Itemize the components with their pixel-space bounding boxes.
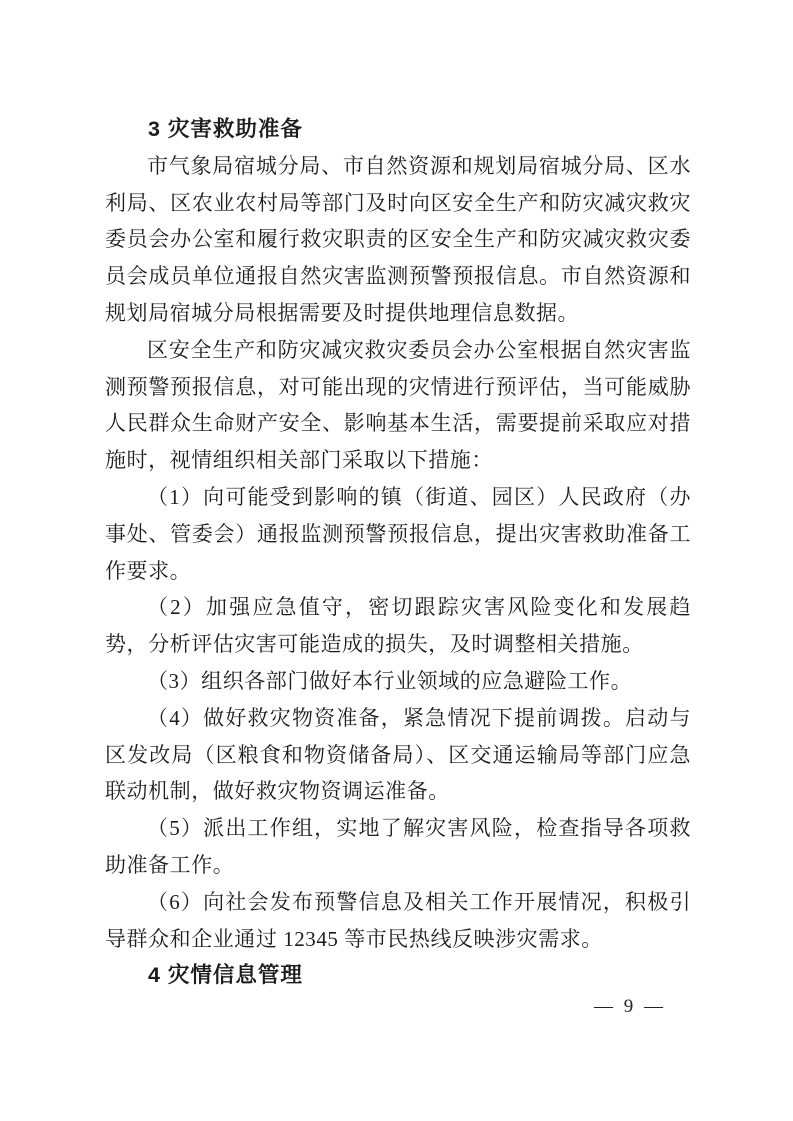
document-page: 3 灾害救助准备 市气象局宿城分局、市自然资源和规划局宿城分局、区水利局、区农业… <box>0 0 793 1121</box>
list-item-4: （4）做好救灾物资准备，紧急情况下提前调拨。启动与区发改局（区粮食和物资储备局）… <box>105 700 691 810</box>
list-item-2: （2）加强应急值守，密切跟踪灾害风险变化和发展趋势，分析评估灾害可能造成的损失，… <box>105 589 691 663</box>
list-item-5: （5）派出工作组，实地了解灾害风险，检查指导各项救助准备工作。 <box>105 810 691 884</box>
section-heading-3: 3 灾害救助准备 <box>105 111 691 148</box>
page-number: — 9 — <box>594 996 666 1018</box>
list-item-6: （6）向社会发布预警信息及相关工作开展情况，积极引导群众和企业通过 12345 … <box>105 884 691 958</box>
paragraph-notification: 市气象局宿城分局、市自然资源和规划局宿城分局、区水利局、区农业农村局等部门及时向… <box>105 148 691 332</box>
paragraph-pre-assessment: 区安全生产和防灾减灾救灾委员会办公室根据自然灾害监测预警预报信息，对可能出现的灾… <box>105 332 691 479</box>
document-body: 3 灾害救助准备 市气象局宿城分局、市自然资源和规划局宿城分局、区水利局、区农业… <box>105 111 691 994</box>
list-item-3: （3）组织各部门做好本行业领域的应急避险工作。 <box>105 663 691 700</box>
section-heading-4: 4 灾情信息管理 <box>105 957 691 994</box>
list-item-1: （1）向可能受到影响的镇（街道、园区）人民政府（办事处、管委会）通报监测预警预报… <box>105 479 691 589</box>
